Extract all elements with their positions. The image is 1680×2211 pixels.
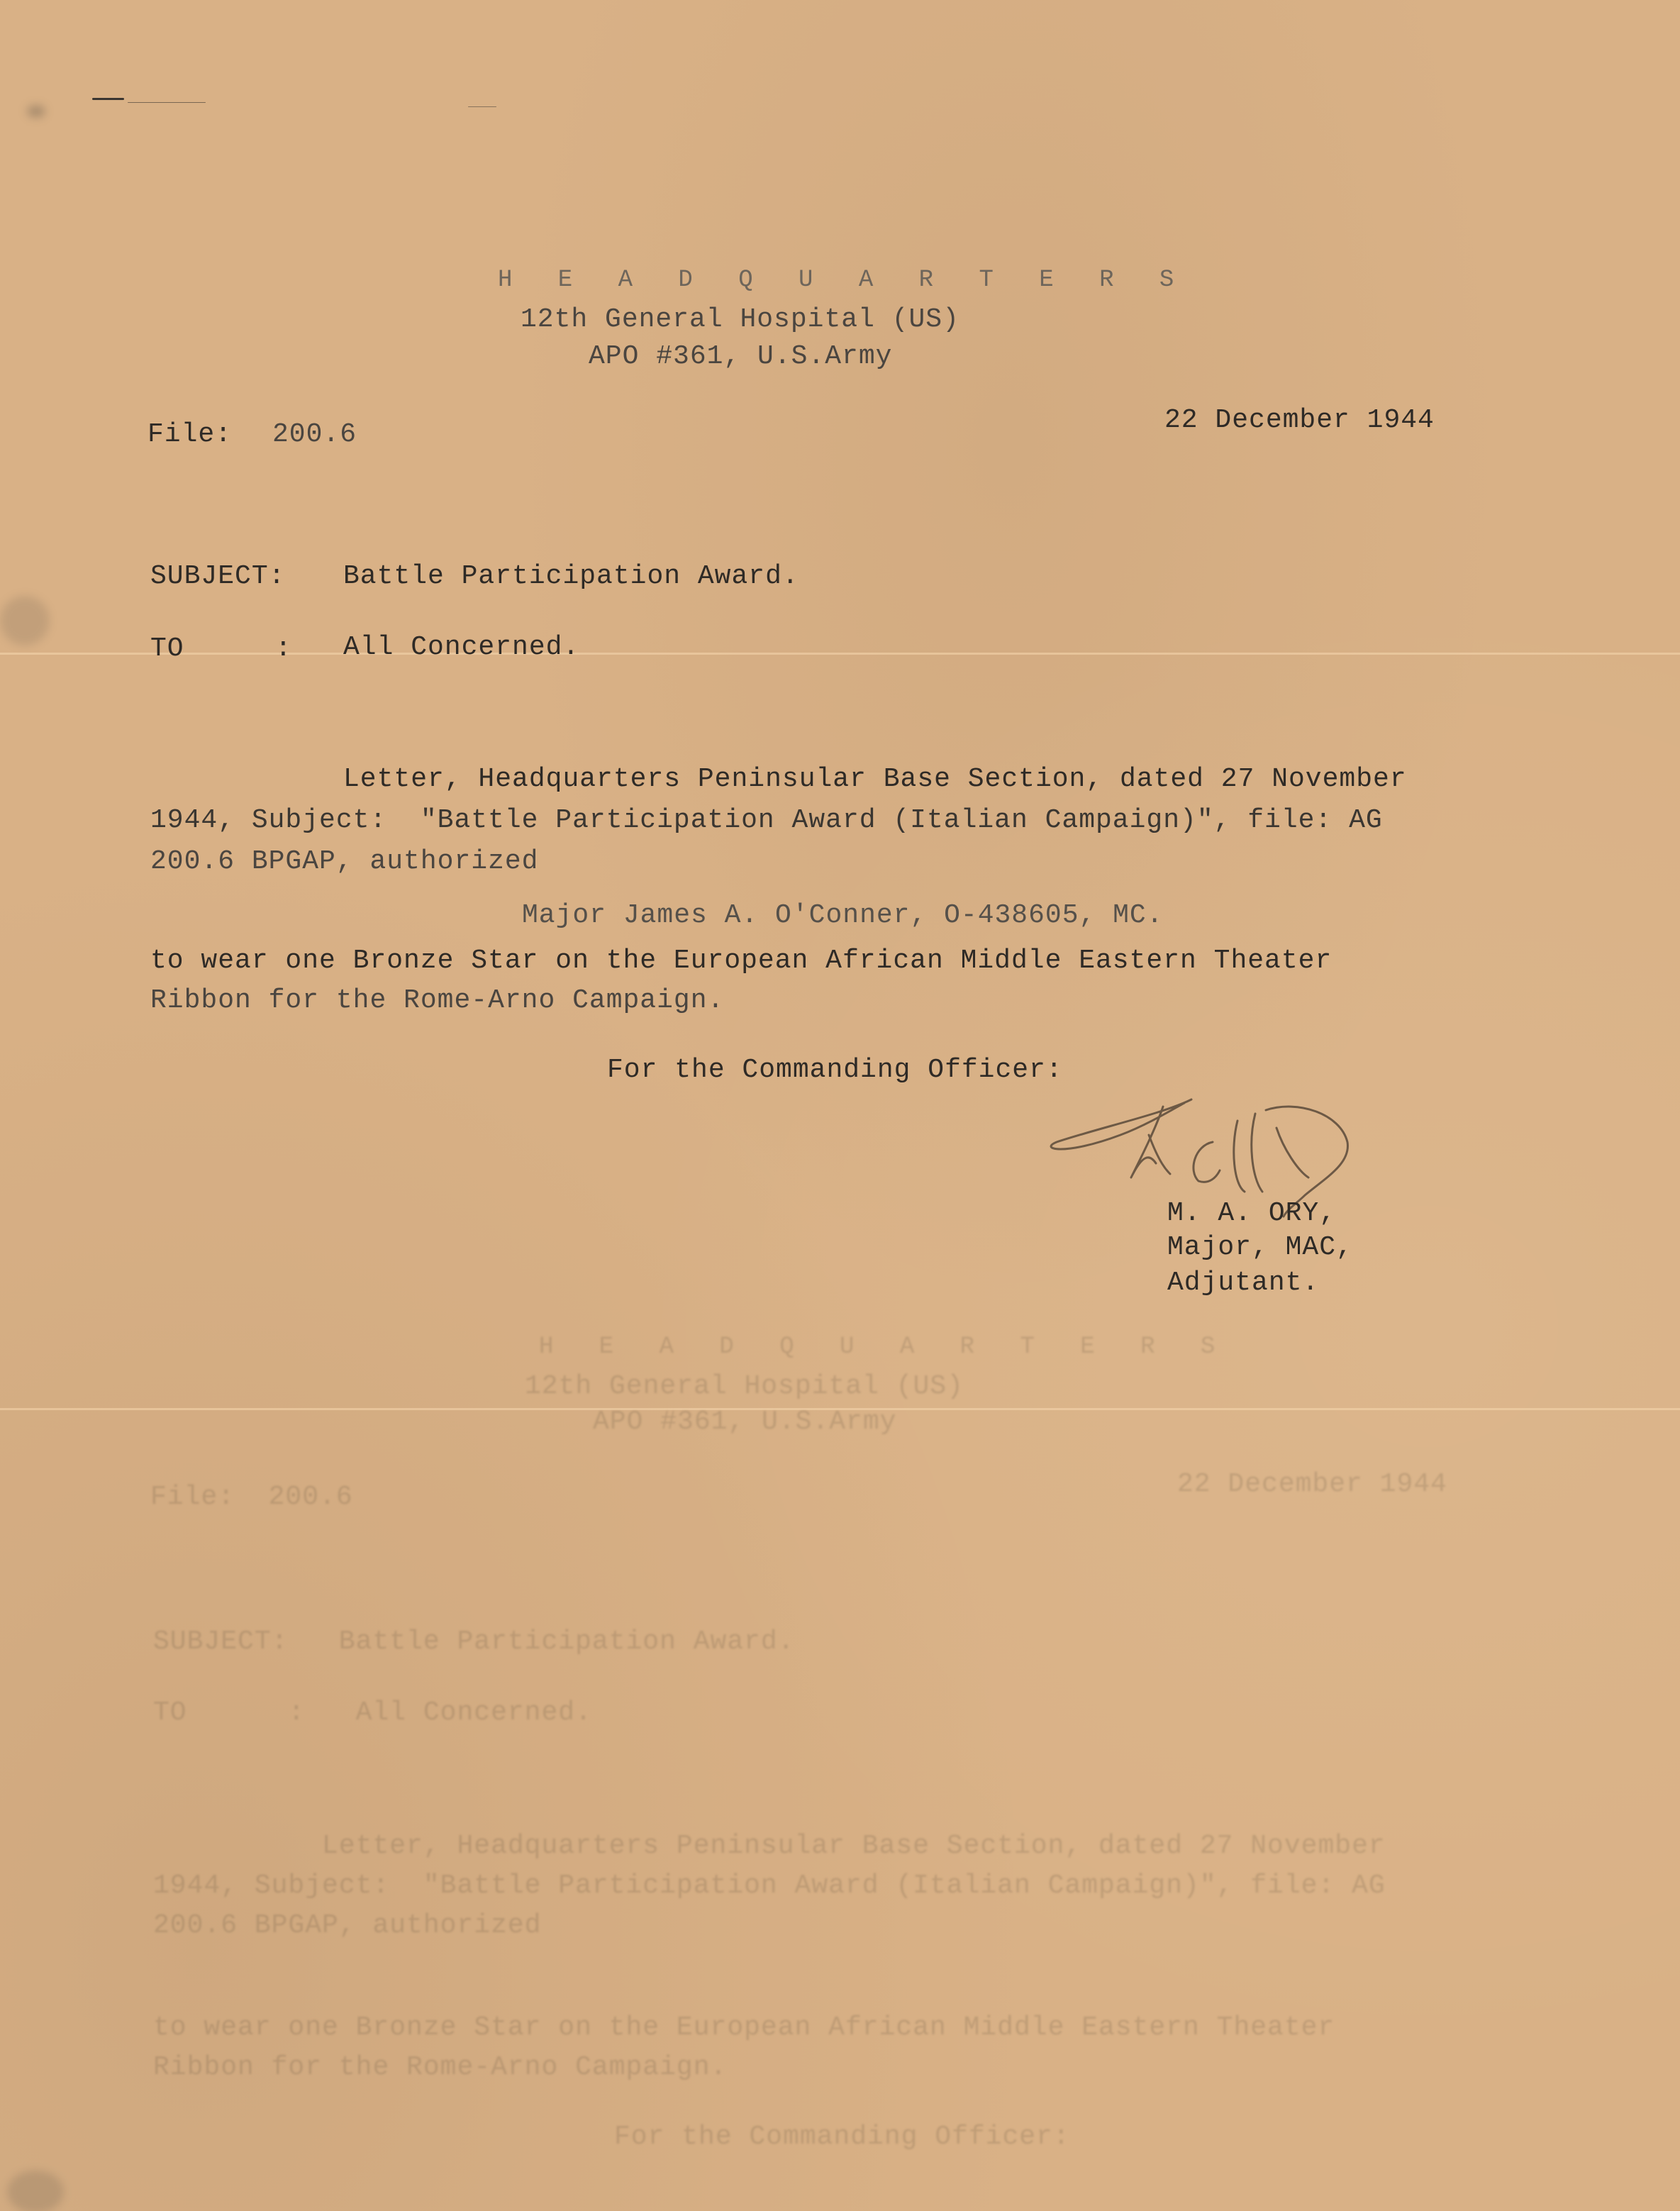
to-label: TO [150,636,184,663]
smudge [0,596,50,645]
body-line-5: Ribbon for the Rome-Arno Campaign. [150,987,724,1014]
ghost-date: 22 December 1944 [1177,1471,1447,1498]
file-label: File: [148,421,232,448]
to-value: All Concerned. [343,634,579,661]
stray-ink-mark [92,98,124,100]
fold-line [0,653,1680,655]
ghost-body-line-1: Letter, Headquarters Peninsular Base Sec… [153,1833,1386,1860]
ghost-body-line-3: 200.6 BPGAP, authorized [153,1912,542,1939]
stray-ink-mark [468,106,496,107]
ghost-body-line-2: 1944, Subject: "Battle Participation Awa… [153,1873,1386,1900]
signer-name: M. A. ORY, [1167,1200,1336,1227]
ghost-closing: For the Commanding Officer: [614,2124,1070,2151]
file-number: 200.6 [272,421,357,448]
letterhead-apo: APO #361, U.S.Army [589,343,892,370]
subject-value: Battle Participation Award. [343,563,799,590]
ghost-file: File: 200.6 [150,1484,353,1511]
letterhead-headquarters: H E A D Q U A R T E R S [498,268,1189,292]
ghost-letterhead-apo: APO #361, U.S.Army [593,1409,896,1436]
stray-ink-mark [128,102,206,103]
to-colon: : [275,636,292,663]
ghost-body-line-4: to wear one Bronze Star on the European … [153,2015,1335,2041]
signer-rank: Major, MAC, [1167,1234,1353,1261]
smudge [27,105,45,118]
body-line-1: Letter, Headquarters Peninsular Base Sec… [343,766,1407,793]
letterhead-unit: 12th General Hospital (US) [521,306,959,333]
signer-title: Adjutant. [1167,1270,1319,1297]
body-line-4: to wear one Bronze Star on the European … [150,948,1332,975]
ghost-body-line-5: Ribbon for the Rome-Arno Campaign. [153,2054,727,2081]
closing-for-commanding-officer: For the Commanding Officer: [607,1057,1063,1084]
ghost-to: TO : All Concerned. [153,1700,592,1727]
award-recipient: Major James A. O'Conner, O-438605, MC. [522,902,1164,929]
ghost-subject: SUBJECT: Battle Participation Award. [153,1629,795,1656]
ghost-letterhead-unit: 12th General Hospital (US) [525,1373,964,1400]
subject-label: SUBJECT: [150,563,285,590]
letter-date: 22 December 1944 [1164,407,1435,434]
body-line-2: 1944, Subject: "Battle Participation Awa… [150,807,1383,834]
body-line-3: 200.6 BPGAP, authorized [150,848,539,875]
ghost-letterhead-headquarters: H E A D Q U A R T E R S [539,1335,1230,1359]
smudge [7,2171,64,2211]
